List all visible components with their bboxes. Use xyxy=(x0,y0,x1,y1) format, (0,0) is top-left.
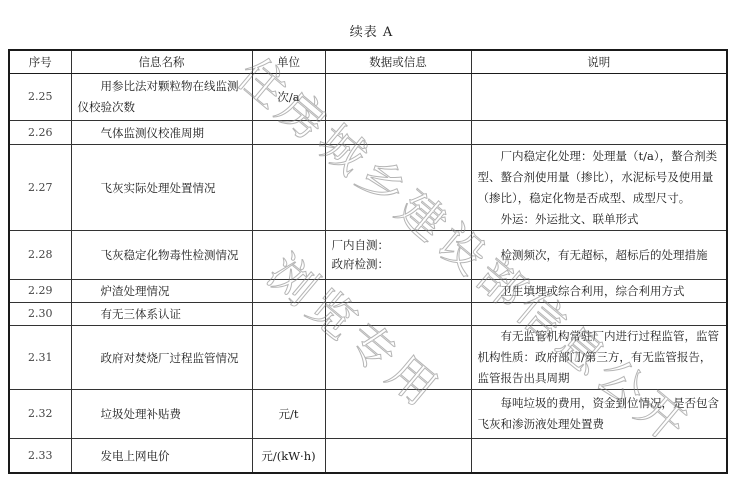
header-unit: 单位 xyxy=(252,50,325,74)
description-line: 有无监管机构常驻厂内进行过程监管，监管机构性质：政府部门/第三方，有无监管报告，… xyxy=(478,326,721,389)
cell-serial-no: 2.27 xyxy=(9,145,71,231)
cell-data xyxy=(325,121,471,145)
cell-serial-no: 2.28 xyxy=(9,231,71,280)
cell-data xyxy=(325,303,471,326)
cell-description: 有无监管机构常驻厂内进行过程监管，监管机构性质：政府部门/第三方，有无监管报告，… xyxy=(471,326,727,390)
cell-unit xyxy=(252,121,325,145)
table-row: 2.26 气体监测仪校准周期 xyxy=(9,121,727,145)
header-serial-no: 序号 xyxy=(9,50,71,74)
table-row: 2.28 飞灰稳定化物毒性检测情况 厂内自测： 政府检测： 检测频次，有无超标，… xyxy=(9,231,727,280)
cell-info-name: 有无三体系认证 xyxy=(71,303,252,326)
cell-info-name: 垃圾处理补贴费 xyxy=(71,390,252,439)
cell-serial-no: 2.25 xyxy=(9,74,71,121)
cell-data xyxy=(325,74,471,121)
cell-serial-no: 2.26 xyxy=(9,121,71,145)
cell-serial-no: 2.32 xyxy=(9,390,71,439)
info-table: 序号 信息名称 单位 数据或信息 说明 2.25 用参比法对颗粒物在线监测仪校验… xyxy=(8,49,728,474)
table-row: 2.27 飞灰实际处理处置情况 厂内稳定化处理：处理量（t/a），螯合剂类型、螯… xyxy=(9,145,727,231)
cell-unit: 次/a xyxy=(252,74,325,121)
cell-info-name: 发电上网电价 xyxy=(71,439,252,474)
cell-data: 厂内自测： 政府检测： xyxy=(325,231,471,280)
cell-unit xyxy=(252,326,325,390)
table-caption: 续表 A xyxy=(0,21,743,40)
table-header-row: 序号 信息名称 单位 数据或信息 说明 xyxy=(9,50,727,74)
cell-serial-no: 2.30 xyxy=(9,303,71,326)
cell-description xyxy=(471,439,727,474)
table-row: 2.30 有无三体系认证 xyxy=(9,303,727,326)
cell-description xyxy=(471,121,727,145)
data-line-gov-test: 政府检测： xyxy=(332,255,465,274)
cell-unit xyxy=(252,231,325,280)
cell-info-name: 用参比法对颗粒物在线监测仪校验次数 xyxy=(71,74,252,121)
table-row: 2.33 发电上网电价 元/(kW·h) xyxy=(9,439,727,474)
cell-data xyxy=(325,326,471,390)
data-line-self-test: 厂内自测： xyxy=(332,236,465,255)
header-description: 说明 xyxy=(471,50,727,74)
cell-description: 厂内稳定化处理：处理量（t/a），螯合剂类型、螯合剂使用量（掺比），水泥标号及使… xyxy=(471,145,727,231)
cell-description: 每吨垃圾的费用，资金到位情况，是否包含飞灰和渗沥液处理处置费 xyxy=(471,390,727,439)
cell-data xyxy=(325,390,471,439)
description-line: 厂内稳定化处理：处理量（t/a），螯合剂类型、螯合剂使用量（掺比），水泥标号及使… xyxy=(478,146,721,209)
cell-data xyxy=(325,280,471,303)
cell-description: 卫生填埋或综合利用，综合利用方式 xyxy=(471,280,727,303)
cell-serial-no: 2.29 xyxy=(9,280,71,303)
cell-unit xyxy=(252,145,325,231)
cell-info-name: 炉渣处理情况 xyxy=(71,280,252,303)
description-line: 每吨垃圾的费用，资金到位情况，是否包含飞灰和渗沥液处理处置费 xyxy=(478,393,721,435)
cell-info-name: 气体监测仪校准周期 xyxy=(71,121,252,145)
cell-description xyxy=(471,74,727,121)
table-row: 2.32 垃圾处理补贴费 元/t 每吨垃圾的费用，资金到位情况，是否包含飞灰和渗… xyxy=(9,390,727,439)
cell-unit xyxy=(252,280,325,303)
cell-info-name: 政府对焚烧厂过程监管情况 xyxy=(71,326,252,390)
cell-serial-no: 2.33 xyxy=(9,439,71,474)
cell-description: 检测频次，有无超标，超标后的处理措施 xyxy=(471,231,727,280)
cell-serial-no: 2.31 xyxy=(9,326,71,390)
table-row: 2.31 政府对焚烧厂过程监管情况 有无监管机构常驻厂内进行过程监管，监管机构性… xyxy=(9,326,727,390)
cell-data xyxy=(325,439,471,474)
table-row: 2.25 用参比法对颗粒物在线监测仪校验次数 次/a xyxy=(9,74,727,121)
cell-unit: 元/t xyxy=(252,390,325,439)
description-line: 卫生填埋或综合利用，综合利用方式 xyxy=(478,281,721,302)
cell-data xyxy=(325,145,471,231)
header-data-or-info: 数据或信息 xyxy=(325,50,471,74)
cell-unit xyxy=(252,303,325,326)
table-row: 2.29 炉渣处理情况 卫生填埋或综合利用，综合利用方式 xyxy=(9,280,727,303)
cell-info-name: 飞灰稳定化物毒性检测情况 xyxy=(71,231,252,280)
cell-description xyxy=(471,303,727,326)
cell-unit: 元/(kW·h) xyxy=(252,439,325,474)
description-line: 外运：外运批文、联单形式 xyxy=(478,209,721,230)
description-line: 检测频次，有无超标，超标后的处理措施 xyxy=(478,245,721,266)
cell-info-name: 飞灰实际处理处置情况 xyxy=(71,145,252,231)
header-info-name: 信息名称 xyxy=(71,50,252,74)
